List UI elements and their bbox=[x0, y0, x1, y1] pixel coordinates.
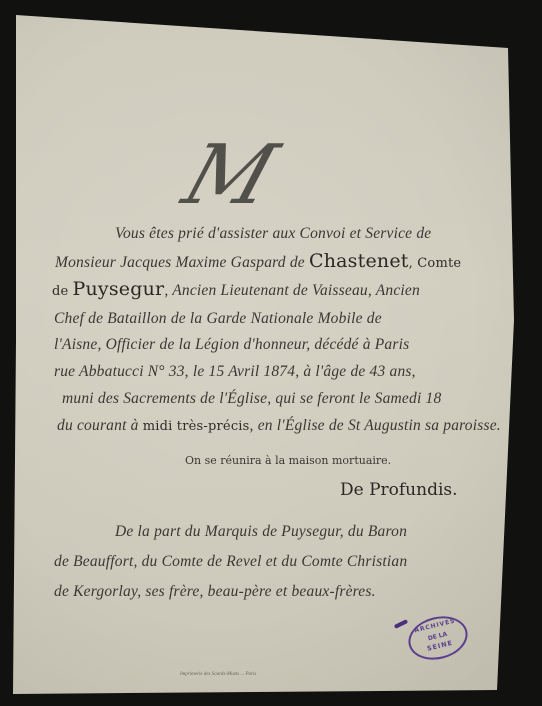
text-from-1: De la part du Marquis de Puysegur, du Ba… bbox=[115, 523, 407, 541]
gathering-note: On se réunira à la maison mortuaire. bbox=[185, 454, 391, 467]
text-battalion: Chef de Bataillon de la Garde Nationale … bbox=[54, 310, 382, 327]
text-line-3: de Puysegur, Ancien Lieutenant de Vaisse… bbox=[52, 278, 420, 300]
text-de: de bbox=[52, 284, 68, 299]
de-profundis: De Profundis. bbox=[340, 480, 458, 500]
text-line-8: du courant à midi très-précis, en l'Égli… bbox=[57, 417, 501, 435]
text-line-7: muni des Sacrements de l'Église, qui se … bbox=[62, 390, 441, 408]
text-from-2: de Beauffort, du Comte de Revel et du Co… bbox=[54, 553, 407, 571]
surname-chastenet: Chastenet bbox=[309, 250, 409, 272]
text-from-marquis: De la part du Marquis de Puysegur, du Ba… bbox=[115, 523, 407, 540]
surname-puysegur: Puysegur bbox=[73, 278, 165, 300]
text-rank: , Ancien Lieutenant de Vaisseau, Ancien bbox=[164, 282, 420, 299]
text-invitation: Vous êtes prié d'assister aux Convoi et … bbox=[115, 225, 431, 242]
text-sacraments: muni des Sacrements de l'Église, qui se … bbox=[62, 390, 441, 407]
text-comte: , Comte bbox=[409, 256, 462, 271]
text-midi: midi très-précis bbox=[143, 419, 250, 434]
text-line-2: Monsieur Jacques Maxime Gaspard de Chast… bbox=[55, 250, 461, 272]
text-from-3: de Kergorlay, ses frère, beau-père et be… bbox=[54, 583, 376, 601]
text-church: , en l'Église de St Augustin sa paroisse… bbox=[250, 417, 501, 434]
text-from-beauffort: de Beauffort, du Comte de Revel et du Co… bbox=[54, 553, 407, 570]
text-legion: l'Aisne, Officier de la Légion d'honneur… bbox=[54, 336, 409, 353]
text-courant: du courant à bbox=[57, 417, 139, 434]
text-from-kergorlay: de Kergorlay, ses frère, beau-père et be… bbox=[54, 583, 376, 600]
text-line-5: l'Aisne, Officier de la Légion d'honneur… bbox=[54, 336, 409, 354]
printer-imprint: Imprimerie des Sourds-Muets ... Paris bbox=[180, 672, 256, 677]
text-line-6: rue Abbatucci N° 33, le 15 Avril 1874, à… bbox=[54, 363, 416, 381]
text-line-4: Chef de Bataillon de la Garde Nationale … bbox=[54, 310, 382, 328]
text-line-1: Vous êtes prié d'assister aux Convoi et … bbox=[115, 225, 431, 243]
text-name: Monsieur Jacques Maxime Gaspard de bbox=[55, 254, 305, 271]
text-date-address: rue Abbatucci N° 33, le 15 Avril 1874, à… bbox=[54, 363, 416, 380]
